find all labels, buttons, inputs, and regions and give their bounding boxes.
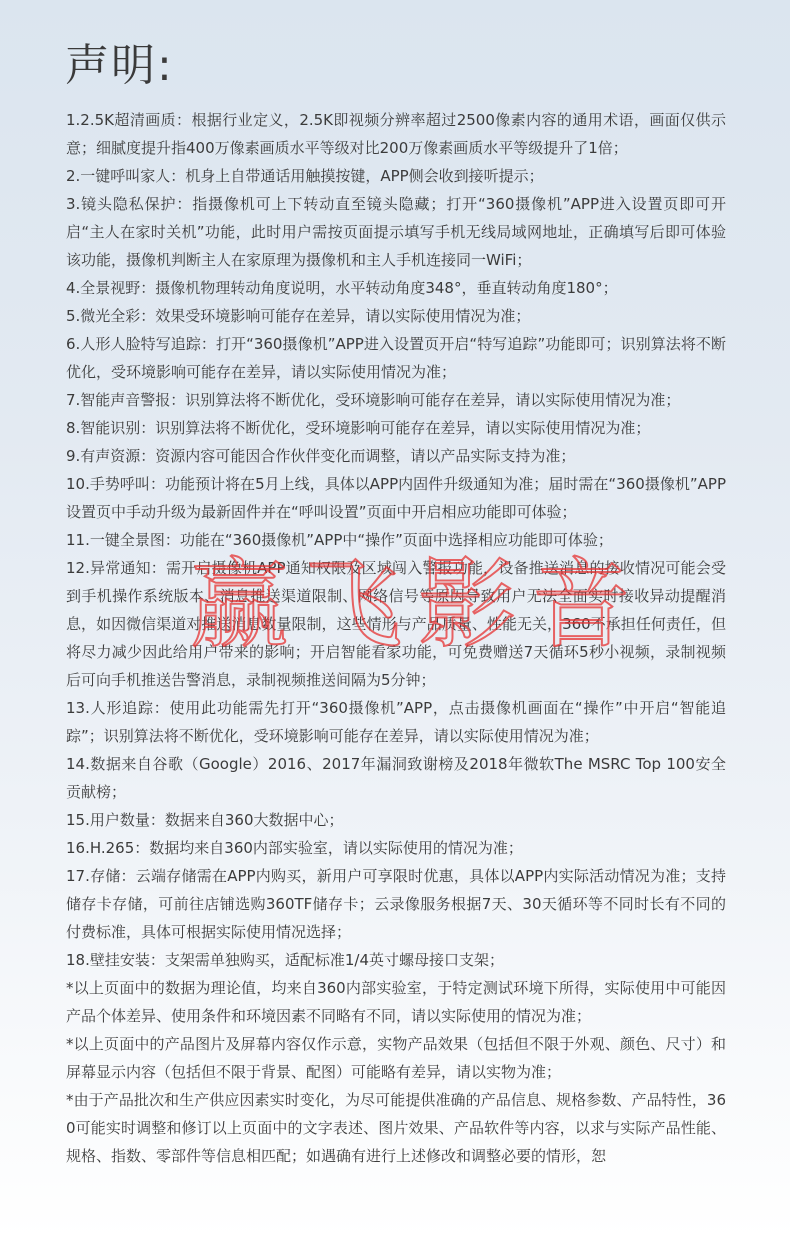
disclaimer-page: 声明: 1.2.5K超清画质：根据行业定义，2.5K即视频分辨率超过2500像素… (0, 0, 790, 1239)
disclaimer-item-4: 4.全景视野：摄像机物理转动角度说明，水平转动角度348°，垂直转动角度180°… (66, 274, 726, 302)
disclaimer-item-13: 13.人形追踪：使用此功能需先打开“360摄像机”APP，点击摄像机画面在“操作… (66, 694, 726, 750)
footnote-images-illustrative: *以上页面中的产品图片及屏幕内容仅作示意，实物产品效果（包括但不限于外观、颜色、… (66, 1030, 726, 1086)
disclaimer-item-7: 7.智能声音警报：识别算法将不断优化，受环境影响可能存在差异，请以实际使用情况为… (66, 386, 726, 414)
disclaimer-item-9: 9.有声资源：资源内容可能因合作伙伴变化而调整，请以产品实际支持为准； (66, 442, 726, 470)
disclaimer-item-8: 8.智能识别：识别算法将不断优化，受环境影响可能存在差异，请以实际使用情况为准； (66, 414, 726, 442)
disclaimer-item-12: 12.异常通知：需开启摄像机APP通知权限及区域闯入警报功能，设备推送消息的接收… (66, 554, 726, 694)
disclaimer-item-1: 1.2.5K超清画质：根据行业定义，2.5K即视频分辨率超过2500像素内容的通… (66, 106, 726, 162)
disclaimer-item-17: 17.存储：云端存储需在APP内购买，新用户可享限时优惠，具体以APP内实际活动… (66, 862, 726, 946)
disclaimer-item-16: 16.H.265：数据均来自360内部实验室，请以实际使用的情况为准； (66, 834, 726, 862)
footnote-product-changes: *由于产品批次和生产供应因素实时变化，为尽可能提供准确的产品信息、规格参数、产品… (66, 1086, 726, 1170)
disclaimer-item-2: 2.一键呼叫家人：机身上自带通话用触摸按键，APP侧会收到接听提示； (66, 162, 726, 190)
disclaimer-item-15: 15.用户数量：数据来自360大数据中心； (66, 806, 726, 834)
disclaimer-item-11: 11.一键全景图：功能在“360摄像机”APP中“操作”页面中选择相应功能即可体… (66, 526, 726, 554)
disclaimer-item-14: 14.数据来自谷歌（Google）2016、2017年漏洞致谢榜及2018年微软… (66, 750, 726, 806)
disclaimer-item-3: 3.镜头隐私保护：指摄像机可上下转动直至镜头隐藏；打开“360摄像机”APP进入… (66, 190, 726, 274)
disclaimer-item-5: 5.微光全彩：效果受环境影响可能存在差异，请以实际使用情况为准； (66, 302, 726, 330)
disclaimer-item-10: 10.手势呼叫：功能预计将在5月上线，具体以APP内固件升级通知为准；届时需在“… (66, 470, 726, 526)
disclaimer-item-6: 6.人形人脸特写追踪：打开“360摄像机”APP进入设置页开启“特写追踪”功能即… (66, 330, 726, 386)
disclaimer-item-18: 18.壁挂安装：支架需单独购买，适配标准1/4英寸螺母接口支架； (66, 946, 726, 974)
page-title: 声明: (65, 36, 174, 96)
disclaimer-list: 1.2.5K超清画质：根据行业定义，2.5K即视频分辨率超过2500像素内容的通… (66, 106, 726, 1170)
footnote-theoretical-values: *以上页面中的数据为理论值，均来自360内部实验室，于特定测试环境下所得，实际使… (66, 974, 726, 1030)
